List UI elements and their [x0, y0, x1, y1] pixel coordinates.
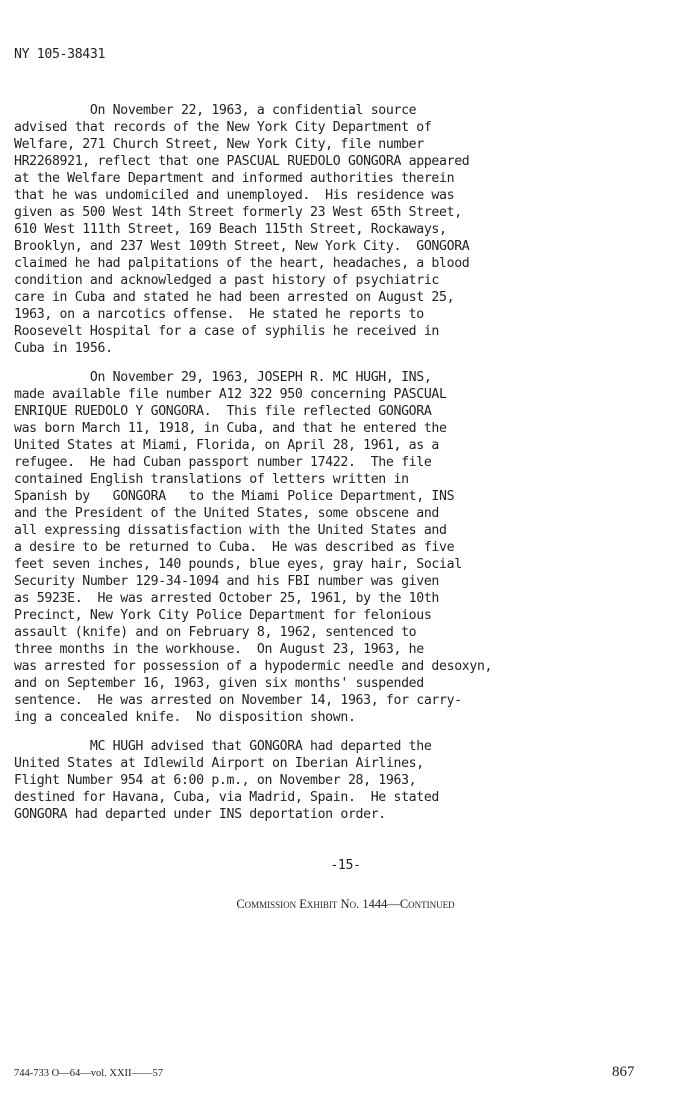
text-line: assault (knife) and on February 8, 1962,…: [14, 624, 492, 641]
text-line: United States at Idlewild Airport on Ibe…: [14, 755, 439, 772]
text-line: ENRIQUE RUEDOLO Y GONGORA. This file ref…: [14, 403, 492, 420]
text-line: HR2268921, reflect that one PASCUAL RUED…: [14, 153, 469, 170]
text-line: advised that records of the New York Cit…: [14, 119, 469, 136]
text-line: On November 22, 1963, a confidential sou…: [14, 102, 469, 119]
text-line: 610 West 111th Street, 169 Beach 115th S…: [14, 221, 469, 238]
text-line: contained English translations of letter…: [14, 471, 492, 488]
paragraph-ins-file: On November 29, 1963, JOSEPH R. MC HUGH,…: [14, 369, 492, 726]
text-line: feet seven inches, 140 pounds, blue eyes…: [14, 556, 492, 573]
text-line: as 5923E. He was arrested October 25, 19…: [14, 590, 492, 607]
text-line: a desire to be returned to Cuba. He was …: [14, 539, 492, 556]
text-line: Brooklyn, and 237 West 109th Street, New…: [14, 238, 469, 255]
text-line: made available file number A12 322 950 c…: [14, 386, 492, 403]
text-line: and the President of the United States, …: [14, 505, 492, 522]
text-line: was born March 11, 1918, in Cuba, and th…: [14, 420, 492, 437]
text-line: sentence. He was arrested on November 14…: [14, 692, 492, 709]
print-code: 744-733 O—64—vol. XXII——57: [14, 1068, 163, 1079]
text-line: 1963, on a narcotics offense. He stated …: [14, 306, 469, 323]
file-number: NY 105-38431: [14, 46, 105, 63]
text-line: was arrested for possession of a hypoder…: [14, 658, 492, 675]
text-line: GONGORA had departed under INS deportati…: [14, 806, 439, 823]
text-line: Security Number 129-34-1094 and his FBI …: [14, 573, 492, 590]
text-line: and on September 16, 1963, given six mon…: [14, 675, 492, 692]
text-line: refugee. He had Cuban passport number 17…: [14, 454, 492, 471]
volume-page-number: 867: [612, 1064, 635, 1081]
text-line: destined for Havana, Cuba, via Madrid, S…: [14, 789, 439, 806]
text-line: MC HUGH advised that GONGORA had departe…: [14, 738, 439, 755]
text-line: Welfare, 271 Church Street, New York Cit…: [14, 136, 469, 153]
text-line: Flight Number 954 at 6:00 p.m., on Novem…: [14, 772, 439, 789]
text-line: On November 29, 1963, JOSEPH R. MC HUGH,…: [14, 369, 492, 386]
paragraph-welfare-records: On November 22, 1963, a confidential sou…: [14, 102, 469, 357]
page-number: -15-: [0, 857, 691, 874]
text-line: that he was undomiciled and unemployed. …: [14, 187, 469, 204]
text-line: three months in the workhouse. On August…: [14, 641, 492, 658]
text-line: all expressing dissatisfaction with the …: [14, 522, 492, 539]
text-line: ing a concealed knife. No disposition sh…: [14, 709, 492, 726]
paragraph-departure: MC HUGH advised that GONGORA had departe…: [14, 738, 439, 823]
text-line: Cuba in 1956.: [14, 340, 469, 357]
text-line: care in Cuba and stated he had been arre…: [14, 289, 469, 306]
text-line: Precinct, New York City Police Departmen…: [14, 607, 492, 624]
exhibit-caption: Commission Exhibit No. 1444—Continued: [0, 897, 691, 912]
text-line: United States at Miami, Florida, on Apri…: [14, 437, 492, 454]
text-line: given as 500 West 14th Street formerly 2…: [14, 204, 469, 221]
text-line: Spanish by GONGORA to the Miami Police D…: [14, 488, 492, 505]
text-line: claimed he had palpitations of the heart…: [14, 255, 469, 272]
text-line: Roosevelt Hospital for a case of syphili…: [14, 323, 469, 340]
text-line: at the Welfare Department and informed a…: [14, 170, 469, 187]
text-line: condition and acknowledged a past histor…: [14, 272, 469, 289]
